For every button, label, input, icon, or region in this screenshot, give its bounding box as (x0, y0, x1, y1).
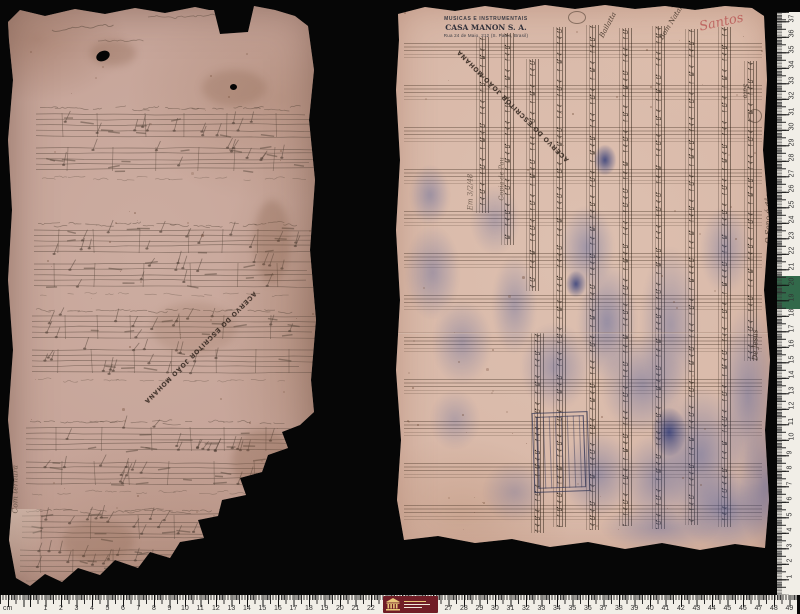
ruler-number: 28 (788, 154, 795, 162)
unit-label: cm (3, 605, 12, 612)
paper-speck (770, 420, 772, 422)
ruler-number: 9 (786, 450, 793, 454)
ruler-number: 12 (212, 605, 220, 612)
age-stain (254, 200, 290, 284)
paper-speck (110, 482, 111, 483)
paper-speck (95, 77, 97, 79)
paper-speck (621, 5, 622, 6)
ruler-number: 8 (786, 466, 793, 470)
paper-speck (593, 225, 595, 227)
paper-hole (230, 84, 237, 90)
paper-speck (692, 375, 694, 377)
ruler-number: 16 (788, 340, 795, 348)
ruler-number: 12 (788, 402, 795, 410)
paper-speck (448, 80, 449, 81)
handwritten-music-line: ♫♪♩♪♬♩♪♫♩♪♪♩♫♪♬♩♪♫♩♪♫♪♩♬♪♩♫♪♪ (526, 59, 539, 291)
ruler-number: 33 (788, 76, 795, 84)
printed-staff (404, 169, 762, 184)
dark-ink-blot (566, 271, 586, 297)
paper-speck (522, 276, 525, 279)
archive-building-icon (385, 598, 401, 611)
paper-speck (743, 36, 744, 37)
ruler-number: 3 (786, 543, 793, 547)
margin-annotation: Com ternura (11, 444, 20, 514)
ruler-number: 28 (460, 605, 468, 612)
ruler-number: 34 (788, 61, 795, 69)
paper-speck (618, 529, 619, 530)
ruler-number: 35 (569, 605, 577, 612)
paper-speck (646, 49, 648, 51)
title-annotation: Bailatta (598, 11, 618, 39)
paper-speck (650, 86, 652, 88)
age-stain (62, 520, 134, 562)
ruler-number: 27 (788, 169, 795, 177)
paper-speck (109, 241, 111, 243)
pencil-music-notation (6, 4, 318, 596)
ruler-number: 19 (321, 605, 329, 612)
ruler-number: 3 (75, 605, 79, 612)
ruler-number: 5 (786, 512, 793, 516)
paper-speck (408, 372, 410, 374)
paper-speck (278, 457, 279, 458)
ruler-number: 39 (631, 605, 639, 612)
ruler-number: 17 (788, 324, 795, 332)
paper-speck (736, 94, 738, 96)
paper-speck (404, 12, 406, 14)
paper-speck (730, 206, 732, 208)
ruler-number: 1 (786, 574, 793, 578)
paper-speck (656, 26, 658, 28)
ruler-number: 31 (507, 605, 515, 612)
ruler-number: 36 (584, 605, 592, 612)
side-annotation: Sato (741, 84, 749, 99)
paper-speck (137, 495, 139, 497)
paper-speck (506, 411, 508, 413)
ruler-number: 14 (788, 371, 795, 379)
ruler-number: 37 (788, 14, 795, 22)
ruler-number: 13 (788, 386, 795, 394)
ruler-number: 10 (181, 605, 189, 612)
paper-speck (210, 319, 212, 321)
paper-speck (129, 346, 131, 348)
paper-speck (771, 353, 772, 354)
paper-speck (671, 6, 673, 8)
paper-speck (210, 75, 212, 77)
paper-speck (134, 212, 136, 214)
paper-speck (699, 233, 701, 235)
ruler-number: 43 (693, 605, 701, 612)
ruler-number: 44 (708, 605, 716, 612)
ruler-number: 9 (168, 605, 172, 612)
paper-speck (246, 53, 248, 55)
paper-speck (201, 234, 204, 237)
ruler-number: 25 (788, 200, 795, 208)
ruler-number: 4 (90, 605, 94, 612)
letterhead-line1: MUSICAS E INSTRUMENTAIS (424, 16, 548, 22)
paper-speck (679, 40, 680, 41)
ruler-number: 45 (724, 605, 732, 612)
ruler-number: 13 (228, 605, 236, 612)
paper-speck (661, 275, 663, 277)
paper-speck (13, 467, 15, 469)
paper-speck (47, 260, 49, 262)
ruler-number: 8 (152, 605, 156, 612)
badge-text-lines (404, 601, 430, 609)
ruler-number: 6 (121, 605, 125, 612)
ruler-number: 22 (788, 247, 795, 255)
ruler-number: 46 (739, 605, 747, 612)
printed-staff (404, 127, 762, 142)
paper-speck (425, 98, 427, 100)
paper-speck (220, 398, 222, 400)
ruler-number: 30 (788, 123, 795, 131)
ruler-number: 40 (646, 605, 654, 612)
paper-speck (714, 290, 716, 292)
paper-speck (122, 408, 125, 411)
ruler-number: 16 (274, 605, 282, 612)
paper-speck (254, 561, 255, 562)
horizontal-ruler: cm 1234567891011121314151617181920212223… (0, 595, 797, 614)
centimetre-ticks (777, 12, 789, 595)
paper-speck (754, 152, 756, 154)
ruler-number: 37 (600, 605, 608, 612)
worn-corner (6, 509, 40, 596)
paper-speck (64, 488, 65, 489)
ruler-number: 38 (615, 605, 623, 612)
side-annotation: De Jesus (751, 330, 759, 361)
archive-logo-badge (383, 596, 438, 613)
blue-ink-stain (700, 205, 750, 295)
ruler-number: 30 (491, 605, 499, 612)
title-annotation: Bom Natal (657, 5, 684, 41)
ruler-number: 5 (106, 605, 110, 612)
ruler-number: 29 (788, 138, 795, 146)
ruler-number: 22 (367, 605, 375, 612)
ruler-number: 47 (755, 605, 763, 612)
ruler-number: 4 (786, 528, 793, 532)
blue-ink-stain (600, 505, 720, 550)
ruler-number: 7 (786, 481, 793, 485)
ruler-number: 15 (788, 355, 795, 363)
circled-pencil-mark (748, 109, 762, 123)
dark-ink-blot (594, 145, 616, 175)
ruler-number: 32 (522, 605, 530, 612)
paper-speck (673, 301, 675, 303)
ruler-number: 26 (788, 185, 795, 193)
printed-staff (404, 85, 762, 100)
vertical-ruler: 1234567891011121314151617181920212223242… (777, 12, 800, 595)
ruler-number: 29 (476, 605, 484, 612)
dark-ink-blot (652, 408, 686, 456)
paper-speck (474, 497, 475, 498)
ruler-number: 36 (788, 30, 795, 38)
paper-speck (454, 332, 455, 333)
paper-speck (309, 230, 311, 232)
paper-speck (448, 497, 450, 499)
ruler-number: 6 (786, 497, 793, 501)
ruler-number: 21 (788, 262, 795, 270)
paper-speck (576, 31, 578, 33)
blue-ink-stain (640, 245, 700, 405)
paper-speck (486, 368, 489, 371)
ruler-number: 34 (553, 605, 561, 612)
paper-speck (71, 93, 72, 94)
ruler-number: 18 (788, 309, 795, 317)
ruler-number: 2 (786, 559, 793, 563)
blue-ink-stain (432, 300, 492, 385)
ruler-number: 27 (445, 605, 453, 612)
paper-speck (766, 258, 769, 261)
paper-speck (704, 428, 706, 430)
ruler-number: 41 (662, 605, 670, 612)
paper-speck (621, 226, 623, 228)
paper-speck (526, 443, 527, 444)
ruler-number: 35 (788, 45, 795, 53)
paper-speck (761, 50, 763, 52)
ruler-number: 49 (786, 605, 794, 612)
paper-speck (30, 51, 32, 53)
stamp-text-lines (536, 415, 586, 489)
paper-speck (172, 561, 175, 564)
ruler-number: 48 (770, 605, 778, 612)
ruler-number: 20 (336, 605, 344, 612)
paper-speck (497, 544, 499, 546)
blue-ink-stain (410, 165, 450, 225)
ruler-number: 24 (788, 216, 795, 224)
paper-speck (682, 477, 684, 479)
ruler-number: 11 (788, 417, 795, 424)
paper-speck (492, 349, 494, 351)
ruler-number: 11 (197, 605, 204, 612)
paper-speck (572, 113, 574, 115)
ruler-number: 32 (788, 92, 795, 100)
date-annotation: Em 3/2/48 (466, 174, 474, 211)
paper-speck (463, 529, 464, 530)
fold-crease (394, 332, 772, 334)
ruler-number: 21 (352, 605, 360, 612)
paper-speck (412, 387, 414, 389)
ruler-number: 17 (290, 605, 298, 612)
ruler-number: 2 (59, 605, 63, 612)
ruler-number: 15 (259, 605, 267, 612)
copy-annotation: Copia de Pau (498, 157, 506, 200)
paper-speck (596, 525, 598, 527)
ruler-number: 18 (305, 605, 313, 612)
paper-speck (97, 584, 98, 585)
ruler-number: 10 (788, 433, 795, 441)
ruler-number: 14 (243, 605, 251, 612)
paper-speck (417, 424, 419, 426)
ruler-number: 7 (137, 605, 141, 612)
ruler-number: 42 (677, 605, 685, 612)
paper-speck (466, 432, 467, 433)
ruler-number: 23 (788, 231, 795, 239)
paper-speck (164, 10, 166, 12)
ruler-number: 31 (788, 107, 795, 115)
archive-processing-stamp (532, 411, 591, 493)
ruler-number: 20 (788, 278, 795, 286)
paper-speck (216, 12, 219, 15)
paper-speck (508, 295, 511, 298)
circled-pencil-mark (568, 11, 586, 24)
paper-speck (462, 414, 464, 416)
right-manuscript-page: MUSICAS E INSTRUMENTAIS CASA MANON S. A.… (394, 3, 772, 559)
paper-speck (249, 422, 251, 424)
ruler-number: 19 (788, 293, 795, 301)
ruler-number: 1 (44, 605, 48, 612)
paper-speck (187, 222, 189, 224)
paper-speck (601, 416, 603, 418)
paper-speck (191, 172, 194, 175)
paper-speck (769, 266, 771, 268)
publisher-letterhead: MUSICAS E INSTRUMENTAIS CASA MANON S. A.… (424, 16, 548, 38)
paper-speck (616, 96, 618, 98)
blue-ink-stain (470, 185, 520, 255)
ruler-number: 33 (538, 605, 546, 612)
blue-ink-stain (430, 390, 480, 450)
paper-speck (676, 307, 678, 309)
paper-speck (280, 150, 282, 152)
left-manuscript-page: ACERVO DO ESCRITOR JOÃO MOHANA Com ternu… (6, 4, 318, 596)
side-annotation: O Sono é dôce (764, 168, 773, 244)
scan-background: ACERVO DO ESCRITOR JOÃO MOHANA Com ternu… (0, 0, 800, 614)
letterhead-line2: CASA MANON S. A. (424, 23, 548, 32)
paper-speck (526, 548, 529, 551)
